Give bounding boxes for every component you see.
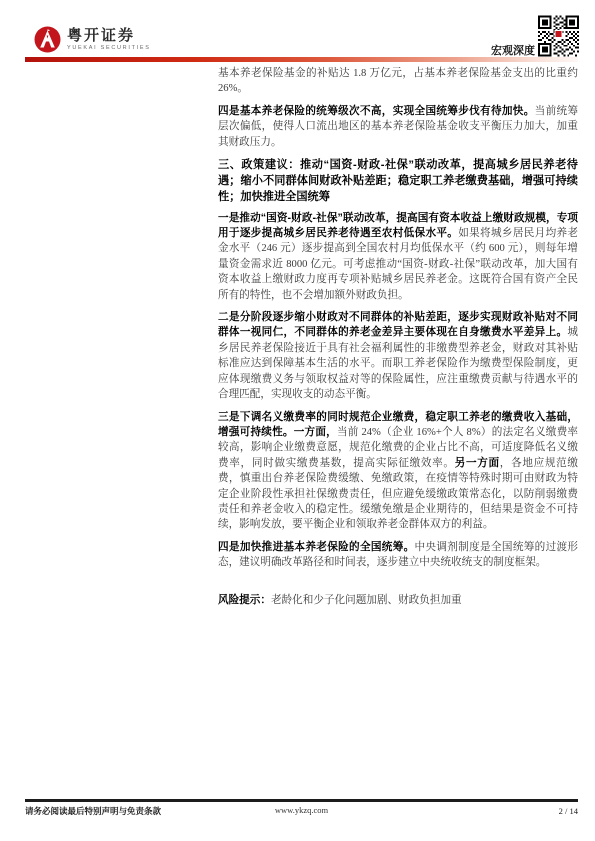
qr-code xyxy=(538,15,579,57)
text-run-bold: 四是加快推进基本养老保险的全国统筹。 xyxy=(218,541,415,553)
text-run-bold: 二是分阶段逐步缩小财政对不同群体的补贴差距，逐步实现财政补贴对不同群体一视同仁，… xyxy=(218,311,578,338)
brand-name-en: YUEKAI SECURITIES xyxy=(67,45,151,52)
text-run-bold: 三、政策建议：推动“国资-财政-社保”联动改革，提高城乡居民养老待遇；缩小不同群… xyxy=(218,159,578,203)
risk-warning: 风险提示：老龄化和少子化问题加剧、财政负担加重 xyxy=(218,593,578,608)
paragraph-advice-2: 二是分阶段逐步缩小财政对不同群体的补贴差距，逐步实现财政补贴对不同群体一视同仁，… xyxy=(218,310,578,402)
header-accent-rule xyxy=(25,57,578,62)
brand-name-cn: 粤开证券 xyxy=(67,27,151,44)
footer-website-link: www.ykzq.com xyxy=(25,805,578,815)
yuekai-logo-icon xyxy=(34,26,61,53)
section-heading-policy-advice: 三、政策建议：推动“国资-财政-社保”联动改革，提高城乡居民养老待遇；缩小不同群… xyxy=(218,157,578,206)
text-run-bold: 四是基本养老保险的统筹级次不高，实现全国统筹步伐有待加快。 xyxy=(218,105,535,117)
footer: 请务必阅读最后特别声明与免责条款 www.ykzq.com 2 / 14 xyxy=(25,805,578,817)
report-page: 粤开证券 YUEKAI SECURITIES 宏观深度 基本养老保险基金的补贴达… xyxy=(0,0,595,841)
paragraph-advice-3: 三是下调名义缴费率的同时规范企业缴费，稳定职工养老的缴费收入基础，增强可持续性。… xyxy=(218,410,578,533)
paragraph-carryover: 基本养老保险基金的补贴达 1.8 万亿元，占基本养老保险基金支出的比重约26%。 xyxy=(218,66,578,97)
paragraph-point4-overview: 四是基本养老保险的统筹级次不高，实现全国统筹步伐有待加快。当前统筹层次偏低，使得… xyxy=(218,104,578,150)
risk-warning-label: 风险提示： xyxy=(218,594,271,606)
paragraph-advice-1: 一是推动“国资-财政-社保”联动改革，提高国有资本收益上缴财政规模，专项用于逐步… xyxy=(218,211,578,303)
brand-text: 粤开证券 YUEKAI SECURITIES xyxy=(67,27,151,52)
brand-logo: 粤开证券 YUEKAI SECURITIES xyxy=(34,26,151,53)
text-run-bold: 另一方面 xyxy=(455,457,500,469)
risk-warning-text: 老龄化和少子化问题加剧、财政负担加重 xyxy=(271,595,462,606)
report-body: 基本养老保险基金的补贴达 1.8 万亿元，占基本养老保险基金支出的比重约26%。… xyxy=(218,66,578,615)
footer-rule xyxy=(25,799,578,802)
report-category-label: 宏观深度 xyxy=(489,42,535,58)
text-run: 基本养老保险基金的补贴达 1.8 万亿元，占基本养老保险基金支出的比重约26%。 xyxy=(218,68,578,94)
paragraph-advice-4: 四是加快推进基本养老保险的全国统筹。中央调剂制度是全国统筹的过渡形态，建议明确改… xyxy=(218,540,578,571)
